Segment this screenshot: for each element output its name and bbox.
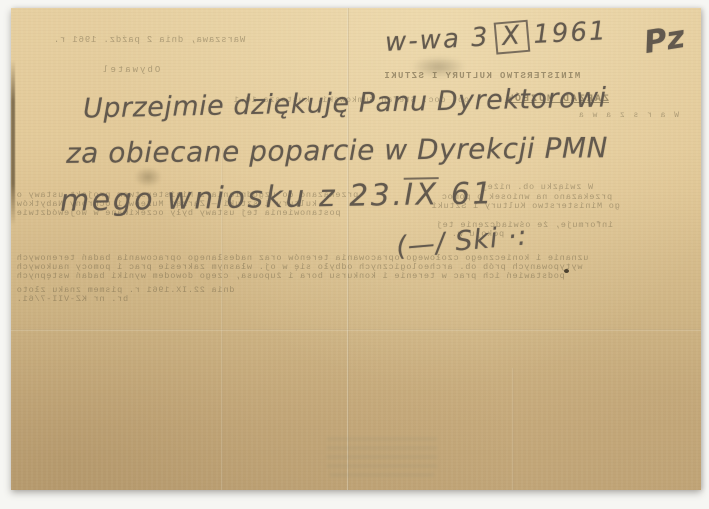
handwritten-body-line2: za obiecane poparcie w Dyrekcji PMN	[66, 131, 608, 170]
bleedthrough-letterhead-line1: MINISTERSTWO KULTURY I SZTUKI	[383, 72, 580, 81]
document-paper: Warszawa, dnia 2 paźdz. 1961 r. Obywatel…	[11, 8, 701, 490]
bleedthrough-paragraph-c-line: podstawień ich prac w terenie i konkursu…	[16, 272, 565, 281]
bleedthrough-paragraph-b-line: W związku ob. niżej	[481, 183, 593, 192]
handwritten-body-line3: mego wniosku z 23.IX 61	[60, 176, 495, 219]
scanner-background: Warszawa, dnia 2 paźdz. 1961 r. Obywatel…	[0, 0, 709, 509]
paper-grain-texture	[11, 8, 701, 490]
handwritten-line3-overlined-month: IX	[404, 177, 439, 211]
fold-crease-right	[512, 368, 514, 490]
handwritten-date-boxed-month: X	[493, 20, 529, 55]
handwritten-line3-prefix: mego wniosku z 23.	[60, 178, 405, 219]
handwritten-monogram: Pz	[641, 19, 687, 61]
bleedthrough-date-line: Warszawa, dnia 2 paźdz. 1961 r.	[53, 36, 245, 45]
bleedthrough-paragraph-c-line: br. nr KZ-VII-7/61.	[16, 295, 128, 304]
scan-edge-shadow	[11, 60, 15, 225]
handwritten-date-year: 1961	[533, 16, 609, 50]
faded-stamp-trace	[327, 432, 437, 476]
handwritten-body-line1: Uprzejmie dziękuję Panu Dyrektorowi	[83, 83, 607, 125]
handwritten-date-prefix: w-wa 3	[384, 22, 490, 57]
handwritten-line3-suffix: 61	[451, 176, 495, 212]
scanned-document-page: { "page": { "background_color": "#f6f6f3…	[0, 0, 709, 509]
bleedthrough-salutation: Obywatel	[101, 66, 160, 75]
fold-crease-center	[347, 8, 349, 490]
handwritten-date-line: w-wa 3X1961	[384, 16, 608, 60]
fold-crease-horizontal	[11, 329, 701, 331]
